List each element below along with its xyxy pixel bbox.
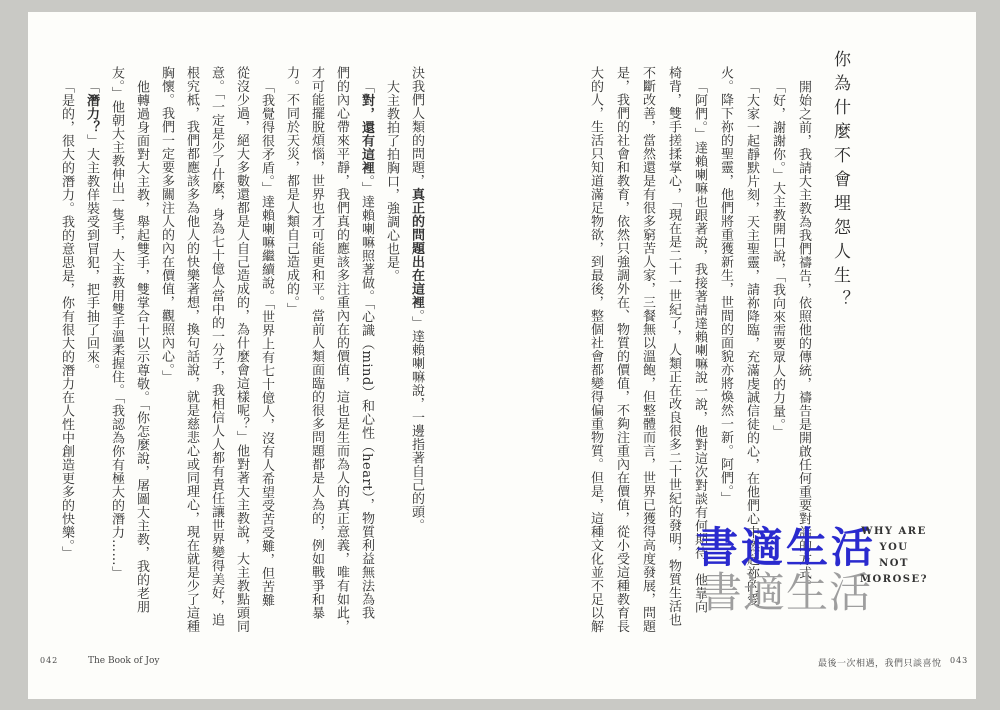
text-column: 不斷改善，當然還是有很多窮苦人家，三餐無以溫飽，但整體而言，世界已獲得高度發展，… xyxy=(628,66,654,654)
text-segment: 力。不同於天災，都是人類自己造成的。」 xyxy=(284,66,299,316)
chapter-title-english: WHY ARE YOU NOT MOROSE? xyxy=(858,524,930,588)
left-footer-book-title: The Book of Joy xyxy=(88,656,159,666)
text-segment: 胸懷。我們一定要多關注人的內在價值，觀照內心。」 xyxy=(159,66,174,384)
bold-text-segment: 潛力？ xyxy=(84,94,99,135)
text-segment: 們的內心帶來平靜，我們真的應該多注重內在的價值，這也是生而為人的真正意義，唯有如… xyxy=(334,66,349,633)
right-footer-book-title: 最後一次相遇，我們只談喜悅 xyxy=(818,656,942,669)
right-page-number: 043 xyxy=(950,656,968,665)
text-segment: 「我覺得很矛盾。」達賴喇嘛繼續說。「世界上有七十億人，沒有人希望受苦受難，但苦難 xyxy=(259,80,274,607)
text-column: 根究柢，我們都應該多為他人的快樂著想，換句話說，就是慈悲心或同理心，現在就是少了… xyxy=(173,66,198,654)
text-column: 胸懷。我們一定要多關注人的內在價值，觀照內心。」 xyxy=(148,66,173,654)
text-segment: 大的人，生活只知道滿足物欲，到最後，整個社會都變得偏重物質。但是，這種文化並不足… xyxy=(588,66,603,633)
text-column: 「我覺得很矛盾。」達賴喇嘛繼續說。「世界上有七十億人，沒有人希望受苦受難，但苦難 xyxy=(248,66,273,654)
text-segment: 友。」他朝大主教伸出一隻手，大主教用雙手溫柔握住。「我認為你有極大的潛力……」 xyxy=(109,66,124,580)
text-column: 從沒少過，絕大多數還都是人自己造成的，為什麼會這樣呢？」他對著大主教說，大主教點… xyxy=(223,66,248,654)
text-segment: 。」達賴喇嘛照著做。「心識（mind）和心性（heart），物質利益無法為我 xyxy=(359,175,374,620)
text-segment: 「 xyxy=(359,80,374,94)
text-column: 意。「一定是少了什麼，身為七十億人當中的一分子，我相信人人都有責任讓世界變得美好… xyxy=(198,66,223,654)
text-segment: 根究柢，我們都應該多為他人的快樂著想，換句話說，就是慈悲心或同理心，現在就是少了… xyxy=(184,66,199,633)
bold-text-segment: 對，還有這裡 xyxy=(359,94,374,175)
chapter-title: 你為什麼不會埋怨人生？ xyxy=(828,50,853,350)
text-segment: 意。「一定是少了什麼，身為七十億人當中的一分子，我相信人人都有責任讓世界變得美好… xyxy=(209,66,224,627)
caption-line: NOT xyxy=(858,556,930,572)
text-column: 他轉過身面對大主教，舉起雙手，雙掌合十以示尊敬。「你怎麼說，屠圖大主教，我的老朋 xyxy=(123,66,148,654)
text-column: 「對，還有這裡。」達賴喇嘛照著做。「心識（mind）和心性（heart），物質利… xyxy=(348,66,373,654)
text-column: 大主教拍了拍胸口，強調心也是。 xyxy=(373,66,398,654)
text-segment: 從沒少過，絕大多數還都是人自己造成的，為什麼會這樣呢？」他對著大主教說，大主教點… xyxy=(234,66,249,633)
text-segment: 。」達賴喇嘛說，一邊指著自己的頭。 xyxy=(409,309,424,532)
text-column: 才可能擺脫煩惱，世界也才可能更和平。當前人類面臨的很多問題都是人為的，例如戰爭和… xyxy=(298,66,323,654)
text-column: 大的人，生活只知道滿足物欲，到最後，整個社會都變得偏重物質。但是，這種文化並不足… xyxy=(576,66,602,654)
text-segment: 「是的，很大的潛力。我的意思是，你有很大的潛力在人性中創造更多的快樂。」 xyxy=(59,80,74,560)
text-column: 友。」他朝大主教伸出一隻手，大主教用雙手溫柔握住。「我認為你有極大的潛力……」 xyxy=(98,66,123,654)
caption-line: MOROSE? xyxy=(858,572,930,588)
text-segment: 大主教拍了拍胸口，強調心也是。 xyxy=(384,80,399,283)
text-segment: 是，我們的社會和教育，依然只強調外在、物質的價值，不夠注重內在價值，從小受這種教… xyxy=(614,66,629,633)
text-column: 「潛力？」大主教佯裝受到冒犯，把手抽了回來。 xyxy=(73,66,98,654)
text-column: 是，我們的社會和教育，依然只強調外在、物質的價值，不夠注重內在價值，從小受這種教… xyxy=(602,66,628,654)
text-segment: 火。降下祢的聖靈，他們將重獲新生，世間的面貌亦將煥然一新。阿們。」 xyxy=(718,66,733,505)
left-page-text: 決我們人類的問題，真正的問題出在這裡。」達賴喇嘛說，一邊指著自己的頭。大主教拍了… xyxy=(48,66,423,656)
text-segment: 「好，謝謝你。」大主教開口說，「我向來需要眾人的力量。」 xyxy=(770,80,785,439)
text-segment: 決我們人類的問題， xyxy=(409,66,424,188)
text-column: 力。不同於天災，都是人類自己造成的。」 xyxy=(273,66,298,654)
caption-line: WHY ARE xyxy=(858,524,930,540)
caption-line: YOU xyxy=(858,540,930,556)
text-segment: 才可能擺脫煩惱，世界也才可能更和平。當前人類面臨的很多問題都是人為的，例如戰爭和… xyxy=(309,66,324,620)
text-segment: 「 xyxy=(84,80,99,94)
text-segment: 不斷改善，當然還是有很多窮苦人家，三餐無以溫飽，但整體而言，世界已獲得高度發展，… xyxy=(640,66,655,633)
left-page-number: 042 xyxy=(40,656,58,665)
text-segment: 」大主教佯裝受到冒犯，把手抽了回來。 xyxy=(84,134,99,377)
text-column: 決我們人類的問題，真正的問題出在這裡。」達賴喇嘛說，一邊指著自己的頭。 xyxy=(398,66,423,654)
text-segment: 椅背，雙手搓揉掌心，「現在是二十一世紀了，人類正在改良很多二十世紀的發明，物質生… xyxy=(666,66,681,627)
book-spread-photo: 你為什麼不會埋怨人生？ 開始之前，我請大主教為我們禱告，依照他的傳統，禱告是開啟… xyxy=(0,0,1000,710)
text-column: 椅背，雙手搓揉掌心，「現在是二十一世紀了，人類正在改良很多二十世紀的發明，物質生… xyxy=(654,66,680,654)
watermark-gray: 書適生活 xyxy=(700,560,872,620)
text-column: 們的內心帶來平靜，我們真的應該多注重內在的價值，這也是生而為人的真正意義，唯有如… xyxy=(323,66,348,654)
text-segment: 他轉過身面對大主教，舉起雙手，雙掌合十以示尊敬。「你怎麼說，屠圖大主教，我的老朋 xyxy=(134,80,149,614)
text-column: 「是的，很大的潛力。我的意思是，你有很大的潛力在人性中創造更多的快樂。」 xyxy=(48,66,73,654)
bold-text-segment: 真正的問題出在這裡 xyxy=(409,188,424,310)
